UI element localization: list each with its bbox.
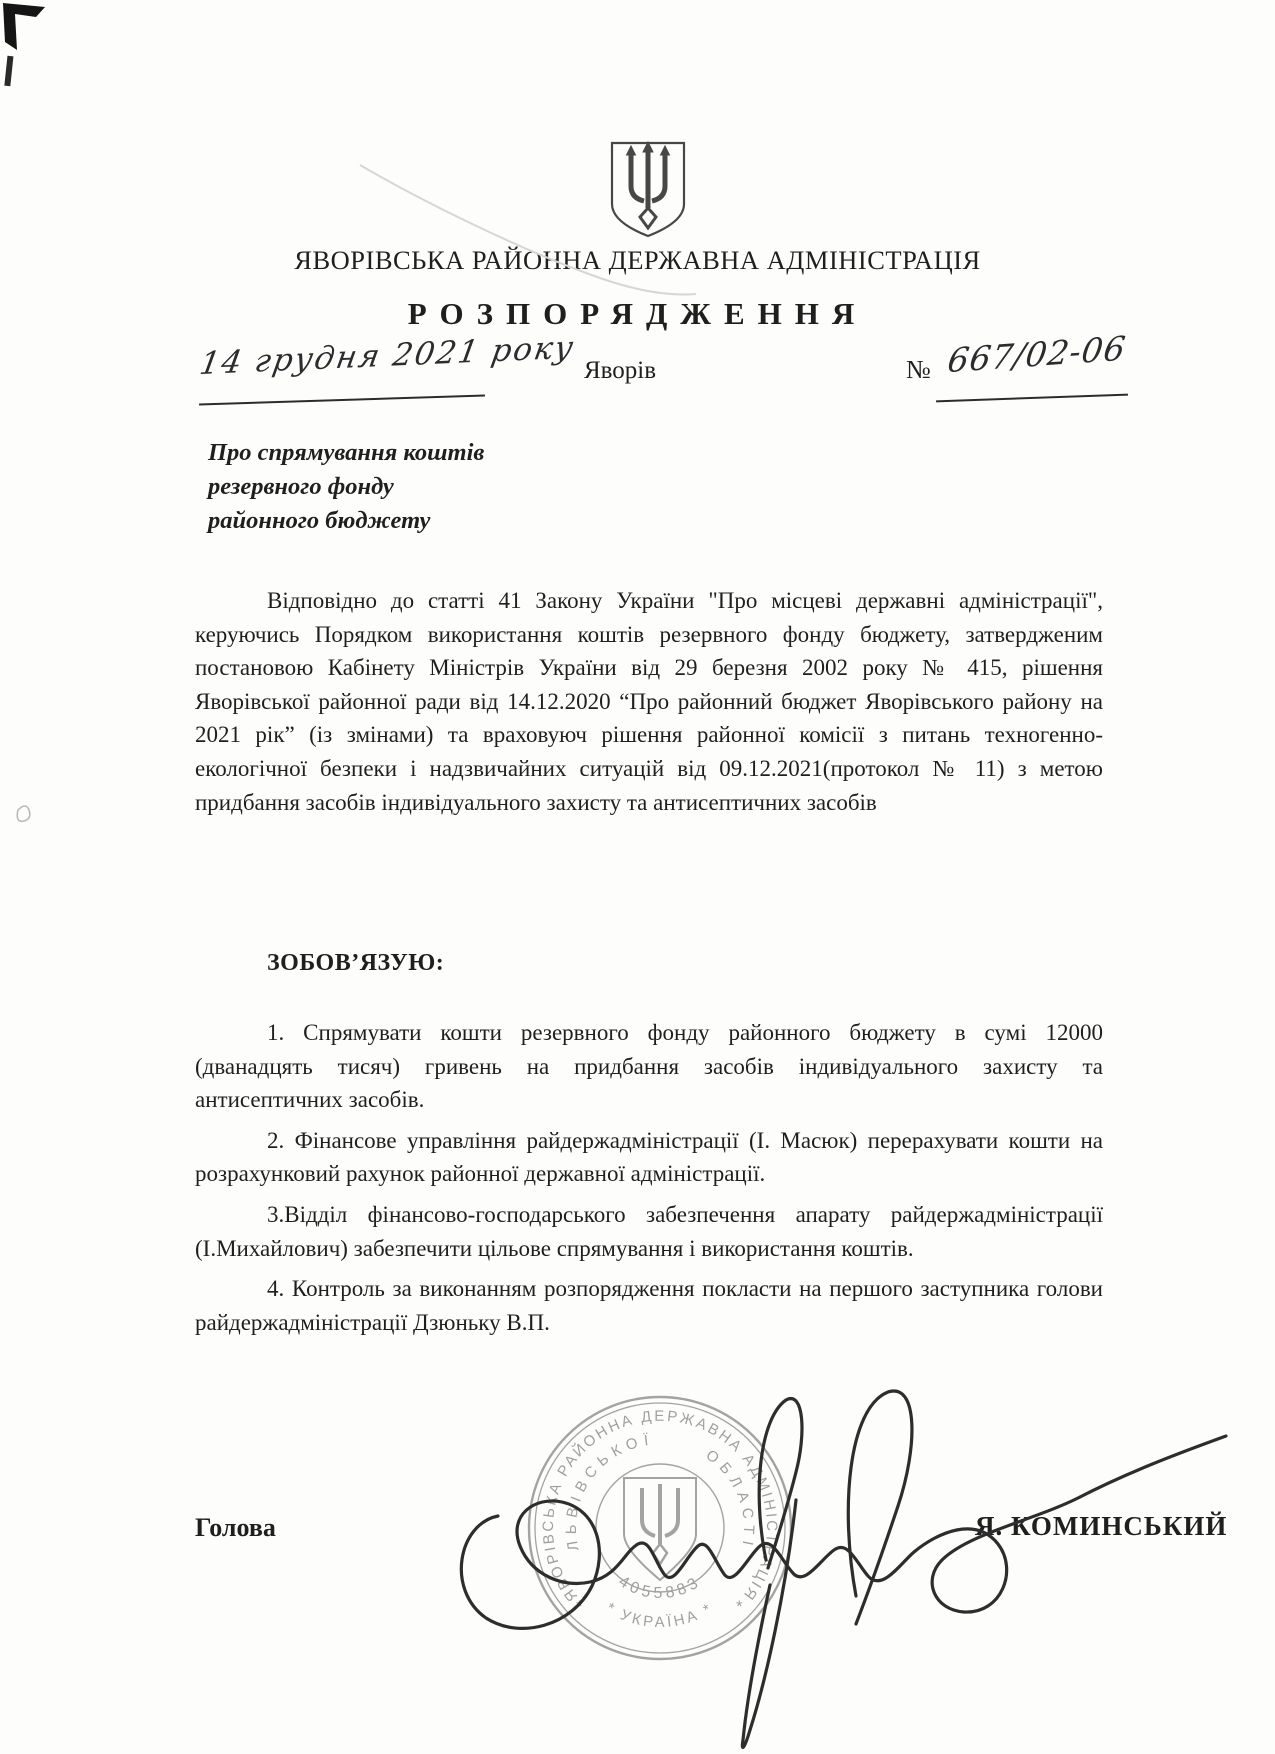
scanned-document-page: ЯВОРІВСЬКА РАЙОННА ДЕРЖАВНА АДМІНІСТРАЦІ… xyxy=(0,0,1275,1754)
place-name: Яворів xyxy=(584,357,656,385)
document-text-layer: ЯВОРІВСЬКА РАЙОННА ДЕРЖАВНА АДМІНІСТРАЦІ… xyxy=(0,0,1275,1754)
oblige-heading: ЗОБОВ’ЯЗУЮ: xyxy=(267,950,444,977)
handwritten-date: 14 грудня 2021 року xyxy=(197,329,578,382)
order-item-2: 2. Фінансове управління райдержадміністр… xyxy=(195,1124,1103,1191)
order-item-3: 3.Відділ фінансово-господарського забезп… xyxy=(195,1198,1103,1265)
subject-block: Про спрямування коштів резервного фонду … xyxy=(208,436,484,538)
order-item-4: 4. Контроль за виконанням розпорядження … xyxy=(195,1272,1103,1339)
signer-title: Голова xyxy=(195,1513,276,1543)
date-underline xyxy=(199,395,485,406)
org-name: ЯВОРІВСЬКА РАЙОННА ДЕРЖАВНА АДМІНІСТРАЦІ… xyxy=(0,245,1275,276)
number-underline xyxy=(936,394,1128,403)
subject-line-1: Про спрямування коштів xyxy=(208,436,484,470)
order-item-1: 1. Спрямувати кошти резервного фонду рай… xyxy=(195,1016,1103,1117)
signer-name: Я. КОМИНСЬКИЙ xyxy=(975,1511,1227,1542)
order-items: 1. Спрямувати кошти резервного фонду рай… xyxy=(195,1016,1103,1346)
handwritten-number: 667/02-06 xyxy=(945,328,1128,380)
subject-line-2: резервного фонду xyxy=(208,470,484,504)
preamble-paragraph: Відповідно до статті 41 Закону України "… xyxy=(195,584,1103,819)
subject-line-3: районного бюджету xyxy=(208,504,484,538)
doc-type-title: РОЗПОРЯДЖЕННЯ xyxy=(0,296,1275,332)
number-label: № xyxy=(906,355,931,385)
